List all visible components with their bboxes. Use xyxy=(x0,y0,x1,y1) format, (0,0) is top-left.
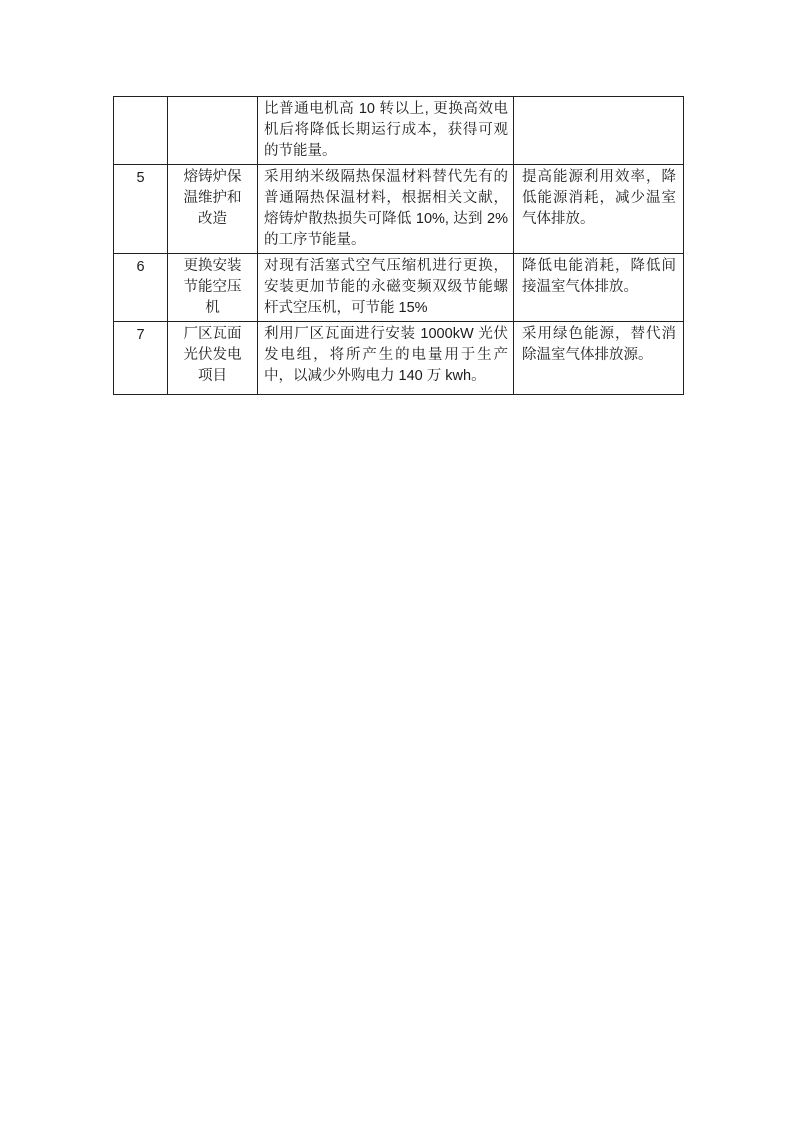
project-name-cell: 熔铸炉保温维护和改造 xyxy=(168,165,258,254)
description-cell: 比普通电机高 10 转以上, 更换高效电机后将降低长期运行成本，获得可观的节能量… xyxy=(258,97,514,165)
description-cell: 采用纳米级隔热保温材料替代先有的普通隔热保温材料，根据相关文献，熔铸炉散热损失可… xyxy=(258,165,514,254)
row-index-cell xyxy=(114,97,168,165)
document-page: 比普通电机高 10 转以上, 更换高效电机后将降低长期运行成本，获得可观的节能量… xyxy=(0,0,793,1122)
benefit-cell: 提高能源利用效率，降低能源消耗，减少温室气体排放。 xyxy=(514,165,684,254)
row-index-cell: 5 xyxy=(114,165,168,254)
description-cell: 利用厂区瓦面进行安装 1000kW 光伏发电组，将所产生的电量用于生产中，以减少… xyxy=(258,322,514,395)
description-cell: 对现有活塞式空气压缩机进行更换，安装更加节能的永磁变频双级节能螺杆式空压机，可节… xyxy=(258,254,514,322)
benefit-cell xyxy=(514,97,684,165)
table-row-7: 7 厂区瓦面光伏发电项目 利用厂区瓦面进行安装 1000kW 光伏发电组，将所产… xyxy=(114,322,684,395)
row-index-cell: 7 xyxy=(114,322,168,395)
project-name-cell: 更换安装节能空压机 xyxy=(168,254,258,322)
benefit-cell: 降低电能消耗，降低间接温室气体排放。 xyxy=(514,254,684,322)
project-name-cell: 厂区瓦面光伏发电项目 xyxy=(168,322,258,395)
table-row-continuation: 比普通电机高 10 转以上, 更换高效电机后将降低长期运行成本，获得可观的节能量… xyxy=(114,97,684,165)
table-row-6: 6 更换安装节能空压机 对现有活塞式空气压缩机进行更换，安装更加节能的永磁变频双… xyxy=(114,254,684,322)
projects-table: 比普通电机高 10 转以上, 更换高效电机后将降低长期运行成本，获得可观的节能量… xyxy=(113,96,684,395)
benefit-cell: 采用绿色能源，替代消除温室气体排放源。 xyxy=(514,322,684,395)
row-index-cell: 6 xyxy=(114,254,168,322)
project-name-cell xyxy=(168,97,258,165)
table-row-5: 5 熔铸炉保温维护和改造 采用纳米级隔热保温材料替代先有的普通隔热保温材料，根据… xyxy=(114,165,684,254)
